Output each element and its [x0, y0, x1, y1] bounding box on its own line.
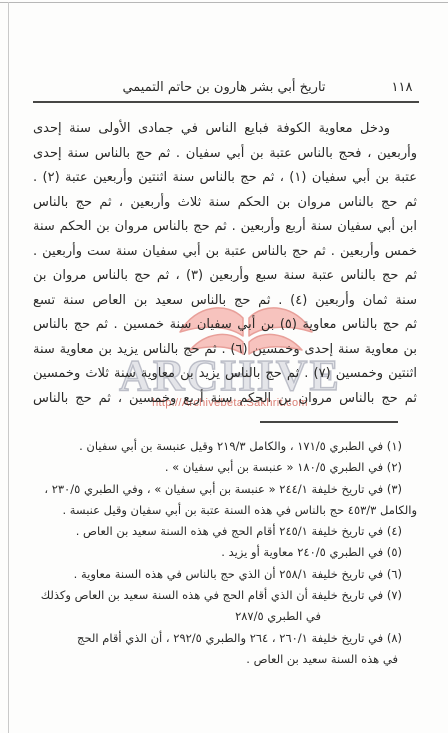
text-line: ثم حج بالناس مروان بن الحكم سنة ثلاث وأر…: [33, 191, 417, 216]
footnotes: (١) في الطبري ١٧١/٥ ، والكامل ٢١٩/٣ وقيل…: [33, 436, 417, 670]
text-line: بن معاوية سنة إحدى وخمسين (٦) . ثم حج با…: [33, 338, 417, 363]
text-line: ابن أبي سفيان سنة أربع وأربعين . ثم حج ب…: [33, 215, 417, 240]
running-title: تاريخ أبي بشر هارون بن حاتم التميمي: [0, 80, 448, 95]
footnote-line: (١) في الطبري ١٧١/٥ ، والكامل ٢١٩/٣ وقيل…: [33, 436, 417, 457]
footnote-line: في هذه السنة سعيد بن العاص .: [33, 649, 417, 670]
text-line: ثم حج بالناس عتبة سنة سبع وأربعين (٣) ، …: [33, 264, 417, 289]
footnote-line: (٥) في الطبري ٢٤٠/٥ معاوية أو يزيد .: [33, 542, 417, 563]
footnote-line: (٦) في تاريخ خليفة ٢٥٨/١ أن الذي حج بالن…: [33, 564, 417, 585]
text-line: ودخل معاوية الكوفة فبايع الناس في جمادى …: [33, 117, 417, 142]
text-line: ثم حج بالناس مروان بن الحكم سنة أربع وخم…: [33, 387, 417, 412]
text-line: اثنتين وخمسين (٧) . ثم حج بالناس يزيد بن…: [33, 362, 417, 387]
book-page-scan: ARCHIVE http://Archivebeta.Sakhrit.com ت…: [0, 0, 448, 733]
body-text: ودخل معاوية الكوفة فبايع الناس في جمادى …: [33, 117, 417, 411]
footnote-line: (٣) في تاريخ خليفة ٢٤٤/١ « عنبسة بن أبي …: [33, 479, 417, 500]
footnote-line: (٧) في تاريخ خليفة أن الذي أقام الحج في …: [33, 585, 417, 606]
text-line: وأربعين ، فحج بالناس عتبة بن أبي سفيان .…: [33, 142, 417, 167]
footnote-line: (٢) في الطبري ١٨٠/٥ « عنبسة بن أبي سفيان…: [33, 457, 417, 478]
footnote-separator: [260, 421, 398, 423]
text-line: عتبة بن أبي سفيان (١) ، ثم حج بالناس سنة…: [33, 166, 417, 191]
text-line: خمس وأربعين . ثم حج بالناس عتبة بن أبي س…: [33, 240, 417, 265]
header-rule-divider: [33, 101, 419, 103]
footnote-line: والكامل ٤٥٣/٣ حج بالناس في هذه السنة عتب…: [33, 500, 417, 521]
footnote-line: (٨) في تاريخ خليفة ٢٦٠/١ ، ٢٦٤ والطبري ٢…: [33, 628, 417, 649]
footnote-line: في الطبري ٢٨٧/٥: [33, 606, 417, 627]
page-number: ١١٨: [382, 80, 422, 95]
footnote-line: (٤) في تاريخ خليفة ٢٤٥/١ أقام الحج في هذ…: [33, 521, 417, 542]
text-line: سنة ثمان وأربعين (٤) . ثم حج بالناس سعيد…: [33, 289, 417, 314]
text-line: ثم حج بالناس معاوية (٥) بن أبي سفيان سنة…: [33, 313, 417, 338]
